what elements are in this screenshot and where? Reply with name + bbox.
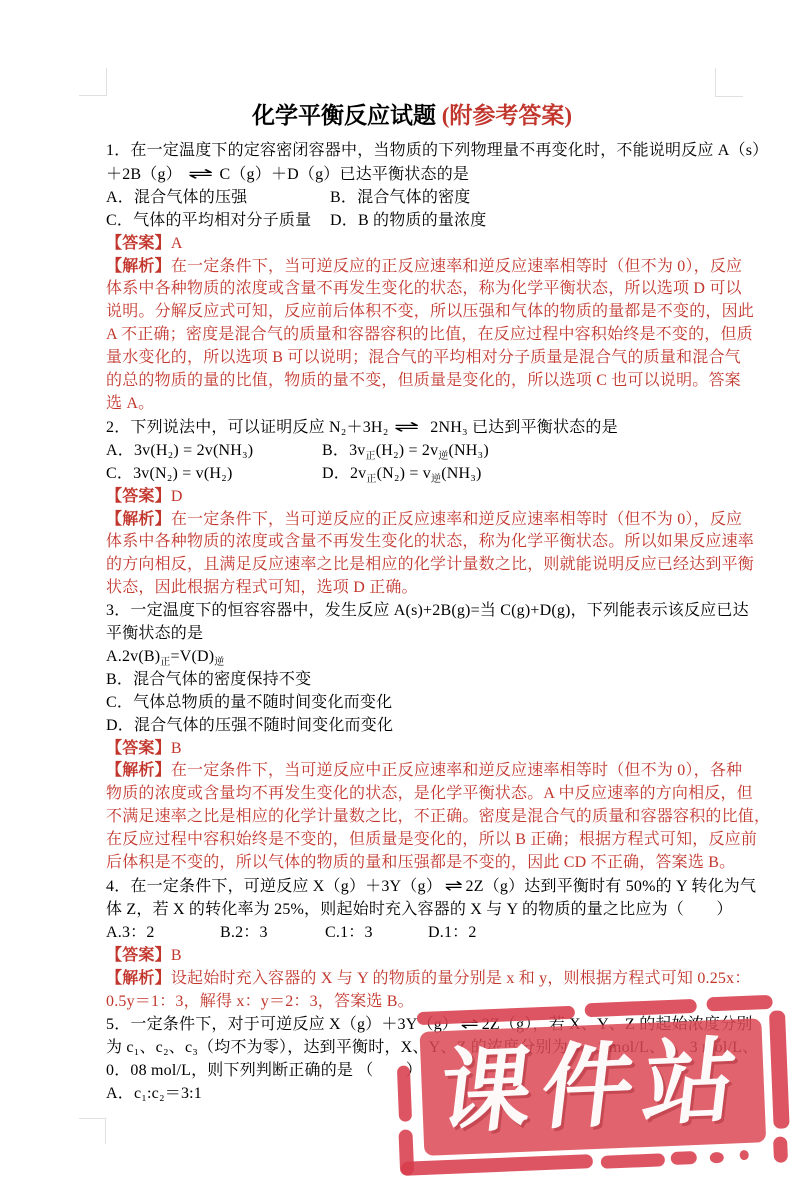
q2-eq-left: 2．下列说法中，可以证明反应 N₂＋3H₂: [106, 419, 388, 436]
q3-option-b: B．混合气体的密度保持不变: [106, 669, 718, 692]
q3-option-a: A.2v(B)正=V(D)逆: [106, 646, 718, 669]
stamp-body: 课件站: [420, 1018, 767, 1156]
q3-text-line2: 平衡状态的是: [106, 623, 718, 646]
q2-option-d: D．2v正(N₂) = v逆(NH₃): [322, 465, 482, 482]
q3-analysis-line4: 在反应过程中容积始终是不变的，但质量是变化的，所以 B 正确；根据方程式可知，反…: [106, 829, 718, 852]
q1-analysis-line7: 选 A。: [106, 393, 718, 416]
q3-option-d: D．混合气体的压强不随时间变化而变化: [106, 715, 718, 738]
q1-analysis-line1: 【解析】在一定条件下，当可逆反应的正反应速率和逆反应速率相等时（但不为 0），反…: [106, 256, 718, 279]
q3-analysis-line3: 不满足速率之比是相应的化学计量数之比，不正确。密度是混合气的质量和容器容积的比值…: [106, 806, 718, 829]
q4-option-a: A.3：2: [106, 922, 220, 945]
q2-option-b: B．3v正(H₂) = 2v逆(NH₃): [322, 442, 489, 459]
q2-analysis-text1: 在一定条件下，当可逆反应的正反应速率和逆反应速率相等时（但不为 0），反应: [171, 511, 742, 528]
q2-optd-part: (NH₃): [441, 465, 481, 482]
stamp-border-stroke: [773, 1136, 788, 1163]
q2-optb-part: (NH₃): [449, 442, 489, 459]
q4-text-line2: 体 Z，若 X 的转化率为 25%，则起始时充入容器的 X 与 Y 的物质的量之…: [106, 899, 718, 922]
q4-eq-right: 2Z（g）达到平衡时有 50%的 Y 转化为气: [466, 878, 757, 895]
q1-option-c: C．气体的平均相对分子质量: [106, 210, 330, 233]
subscript-reverse: 逆: [431, 474, 441, 485]
crop-mark-top-left-v: [106, 68, 107, 96]
q3-option-c: C．气体总物质的量不随时间变化而变化: [106, 692, 718, 715]
q1-text-line2: ＋2B（g）⇌C（g）＋D（g）已达平衡状态的是: [106, 163, 718, 187]
q1-answer-value: A: [171, 235, 183, 252]
crop-mark-bottom-left-h: [79, 1118, 106, 1119]
q2-optb-part: B．3v: [322, 442, 365, 459]
subscript-forward: 正: [366, 474, 376, 485]
answer-label: 【答案】: [106, 235, 171, 252]
q3-text-line1: 3．一定温度下的恒容容器中，发生反应 A(s)+2B(g)=当 C(g)+D(g…: [106, 600, 718, 623]
q4-eq-left: 4．在一定条件下，可逆反应 X（g）＋3Y（g）: [106, 878, 442, 895]
q3-analysis-line1: 【解析】在一定条件下，当可逆反应中正反应速率和逆反应速率相等时（但不为 0），各…: [106, 760, 718, 783]
stamp-border-stroke: [398, 1129, 414, 1176]
analysis-label: 【解析】: [106, 970, 171, 987]
q2-optb-part: (H₂) = 2v: [376, 442, 439, 459]
q2-analysis-line1: 【解析】在一定条件下，当可逆反应的正反应速率和逆反应速率相等时（但不为 0），反…: [106, 509, 718, 532]
q1-options-row1: A．混合气体的压强B．混合气体的密度: [106, 187, 718, 210]
equilibrium-arrow-icon: ⇌: [394, 416, 420, 439]
stamp-border-stroke: [671, 1151, 698, 1165]
q4-text-line1: 4．在一定条件下，可逆反应 X（g）＋3Y（g）⇌2Z（g）达到平衡时有 50%…: [106, 875, 718, 899]
q4-option-c: C.1：3: [325, 922, 428, 945]
q4-options-row: A.3：2B.2：3C.1：3D.1：2: [106, 922, 718, 945]
analysis-label: 【解析】: [106, 258, 171, 275]
q1-analysis-line4: A 不正确；密度是混合气的质量和容器容积的比值，在反应过程中容积始终是不变的，但…: [106, 324, 718, 347]
subscript-reverse: 逆: [214, 657, 224, 668]
stamp-border-stroke: [417, 1006, 575, 1025]
q1-eq-left: ＋2B（g）: [106, 166, 182, 183]
q2-option-a: A．3v(H₂) = 2v(NH₃): [106, 440, 322, 463]
answer-label: 【答案】: [106, 947, 171, 964]
crop-mark-bottom-left-v: [105, 1118, 106, 1144]
q2-option-c: C．3v(N₂) = v(H₂): [106, 463, 322, 486]
title-main: 化学平衡反应试题: [252, 103, 442, 128]
q4-option-d: D.1：2: [428, 924, 477, 941]
q2-answer-value: D: [171, 488, 183, 505]
subscript-forward: 正: [160, 657, 170, 668]
q1-analysis-line2: 体系中各种物质的浓度或含量不再发生变化的状态，称为化学平衡状态，所以选项 D 可…: [106, 278, 718, 301]
q4-answer-value: B: [171, 947, 182, 964]
stamp-text: 课件站: [435, 1035, 752, 1140]
q4-answer: 【答案】B: [106, 945, 718, 968]
answer-label: 【答案】: [106, 740, 171, 757]
q1-options-row2: C．气体的平均相对分子质量D．B 的物质的量浓度: [106, 210, 718, 233]
q1-analysis-line6: 的总的物质的量的比值，物质的量不变，但质量是变化的，所以选项 C 也可以说明。答…: [106, 370, 718, 393]
q3-opta-part: A.2v(B): [106, 648, 160, 665]
stamp-border-stroke: [584, 999, 696, 1017]
q2-options-row1: A．3v(H₂) = 2v(NH₃)B．3v正(H₂) = 2v逆(NH₃): [106, 440, 718, 463]
q3-opta-part: =V(D): [171, 648, 215, 665]
q4-option-b: B.2：3: [220, 922, 325, 945]
stamp-border-stroke: [740, 1150, 749, 1160]
q2-analysis-line4: 状态，因此根据方程式可知，选项 D 正确。: [106, 577, 718, 600]
analysis-label: 【解析】: [106, 511, 171, 528]
crop-mark-top-left-h: [79, 95, 107, 96]
q1-text-line1: 1．在一定温度下的定容密闭容器中，当物质的下列物理量不再变化时，不能说明反应 A…: [106, 140, 718, 163]
subscript-forward: 正: [365, 451, 375, 462]
document-content: 化学平衡反应试题 (附参考答案) 1．在一定温度下的定容密闭容器中，当物质的下列…: [106, 101, 718, 1106]
stamp-border-stroke: [601, 1153, 665, 1169]
q2-eq-right: 2NH₃ 已达到平衡状态的是: [426, 419, 618, 436]
q1-option-d: D．B 的物质的量浓度: [330, 212, 486, 229]
title-answer-note: (附参考答案): [442, 103, 572, 128]
crop-mark-top-right-h: [715, 96, 743, 97]
q2-analysis-line2: 体系中各种物质的浓度或含量不再发生变化的状态，称为化学平衡状态。所以如果反应速率: [106, 531, 718, 554]
q2-optd-part: (N₂) = v: [377, 465, 431, 482]
q3-answer-value: B: [171, 740, 182, 757]
watermark-stamp: 课件站: [386, 990, 800, 1191]
equilibrium-arrow-icon: ⇌: [188, 163, 214, 186]
q2-analysis-line3: 的方向相反，且满足反应速率之比是相应的化学计量数之比，则就能说明反应已经达到平衡: [106, 554, 718, 577]
analysis-label: 【解析】: [106, 762, 171, 779]
document-page: 化学平衡反应试题 (附参考答案) 1．在一定温度下的定容密闭容器中，当物质的下列…: [0, 0, 800, 1200]
q2-options-row2: C．3v(N₂) = v(H₂)D．2v正(N₂) = v逆(NH₃): [106, 463, 718, 486]
q1-answer: 【答案】A: [106, 233, 718, 256]
q1-option-a: A．混合气体的压强: [106, 187, 330, 210]
q1-analysis-text1: 在一定条件下，当可逆反应的正反应速率和逆反应速率相等时（但不为 0），反应: [171, 258, 742, 275]
q3-analysis-text1: 在一定条件下，当可逆反应中正反应速率和逆反应速率相等时（但不为 0），各种: [171, 762, 742, 779]
q4-analysis-line1: 【解析】设起始时充入容器的 X 与 Y 的物质的量分别是 x 和 y，则根据方程…: [106, 968, 718, 991]
q2-text-line1: 2．下列说法中，可以证明反应 N₂＋3H₂⇌ 2NH₃ 已达到平衡状态的是: [106, 416, 718, 440]
q1-analysis-line3: 说明。分解反应式可知，反应前后体积不变，所以压强和气体的物质的量都是不变的，因此: [106, 301, 718, 324]
q4-analysis-text1: 设起始时充入容器的 X 与 Y 的物质的量分别是 x 和 y，则根据方程式可知 …: [171, 970, 751, 987]
q1-analysis-line5: 量水变化的，所以选项 B 可以说明；混合气的平均相对分子质量是混合气的质量和混合…: [106, 347, 718, 370]
q2-optd-part: D．2v: [322, 465, 366, 482]
equilibrium-arrow-icon: ⇌: [445, 875, 463, 898]
q2-answer: 【答案】D: [106, 486, 718, 509]
stamp-border-stroke: [769, 1010, 790, 1129]
q1-option-b: B．混合气体的密度: [330, 189, 470, 206]
q3-answer: 【答案】B: [106, 738, 718, 761]
page-title: 化学平衡反应试题 (附参考答案): [106, 101, 718, 140]
answer-label: 【答案】: [106, 488, 171, 505]
stamp-border-stroke: [397, 1065, 412, 1121]
stamp-border-stroke: [706, 995, 773, 1012]
q3-analysis-line2: 物质的浓度或含量均不再发生变化的状态，是化学平衡状态。A 中反应速率的方向相反，…: [106, 783, 718, 806]
stamp-border-stroke: [401, 1154, 593, 1176]
q3-analysis-line5: 后体积是不变的，所以气体的物质的量和压强都是不变的，因此 CD 不正确，答案选 …: [106, 852, 718, 875]
subscript-reverse: 逆: [438, 451, 448, 462]
stamp-border-stroke: [710, 1152, 724, 1164]
q1-eq-right: C（g）＋D（g）已达平衡状态的是: [219, 166, 469, 183]
crop-mark-top-right-v: [715, 68, 716, 97]
